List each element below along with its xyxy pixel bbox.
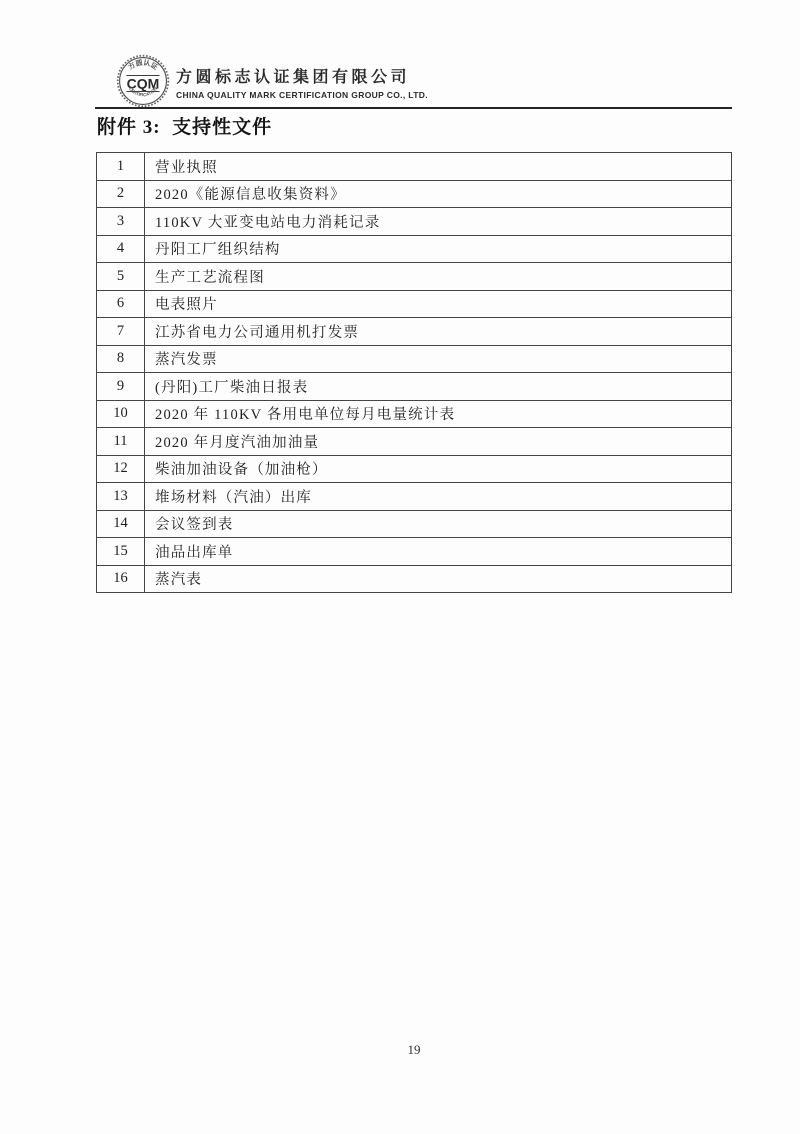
supporting-documents-table: 1营业执照22020《能源信息收集资料》3110KV 大亚变电站电力消耗记录4丹… — [96, 152, 732, 593]
table-row: 102020 年 110KV 各用电单位每月电量统计表 — [97, 400, 732, 428]
row-number: 9 — [97, 373, 145, 401]
attachment-title: 附件 3: 支持性文件 — [97, 112, 272, 139]
row-number: 7 — [97, 318, 145, 346]
document-name: 丹阳工厂组织结构 — [145, 235, 732, 263]
table-row: 5生产工艺流程图 — [97, 263, 732, 291]
table-row: 1营业执照 — [97, 153, 732, 181]
table-row: 13堆场材料（汽油）出库 — [97, 483, 732, 511]
table-row: 7江苏省电力公司通用机打发票 — [97, 318, 732, 346]
table-row: 4丹阳工厂组织结构 — [97, 235, 732, 263]
row-number: 6 — [97, 290, 145, 318]
document-name: 油品出库单 — [145, 538, 732, 566]
page-number: 19 — [96, 1042, 732, 1058]
document-name: 生产工艺流程图 — [145, 263, 732, 291]
document-page: 方圆认证 CQM CERTIFICATION 方圆标志认证集团有限公司 CHIN… — [0, 0, 800, 1134]
logo-arc-top-text: 方圆认证 — [126, 58, 159, 72]
cqm-logo-icon: 方圆认证 CQM CERTIFICATION — [116, 54, 170, 108]
row-number: 16 — [97, 565, 145, 593]
row-number: 15 — [97, 538, 145, 566]
table-row: 8蒸汽发票 — [97, 345, 732, 373]
document-name: 堆场材料（汽油）出库 — [145, 483, 732, 511]
row-number: 12 — [97, 455, 145, 483]
table-row: 22020《能源信息收集资料》 — [97, 180, 732, 208]
document-name: 蒸汽表 — [145, 565, 732, 593]
table-row: 112020 年月度汽油加油量 — [97, 428, 732, 456]
document-name: (丹阳)工厂柴油日报表 — [145, 373, 732, 401]
company-name-en: CHINA QUALITY MARK CERTIFICATION GROUP C… — [176, 90, 428, 100]
document-name: 营业执照 — [145, 153, 732, 181]
row-number: 8 — [97, 345, 145, 373]
row-number: 5 — [97, 263, 145, 291]
header-divider — [95, 107, 732, 109]
table-row: 14会议签到表 — [97, 510, 732, 538]
company-name-block: 方圆标志认证集团有限公司 CHINA QUALITY MARK CERTIFIC… — [176, 54, 428, 100]
document-name: 蒸汽发票 — [145, 345, 732, 373]
header: 方圆认证 CQM CERTIFICATION 方圆标志认证集团有限公司 CHIN… — [116, 54, 428, 108]
table-row: 9(丹阳)工厂柴油日报表 — [97, 373, 732, 401]
row-number: 1 — [97, 153, 145, 181]
document-name: 110KV 大亚变电站电力消耗记录 — [145, 208, 732, 236]
document-name: 电表照片 — [145, 290, 732, 318]
document-name: 柴油加油设备（加油枪） — [145, 455, 732, 483]
svg-text:方圆认证: 方圆认证 — [126, 58, 159, 72]
table-row: 15油品出库单 — [97, 538, 732, 566]
table-row: 16蒸汽表 — [97, 565, 732, 593]
document-name: 会议签到表 — [145, 510, 732, 538]
table-body: 1营业执照22020《能源信息收集资料》3110KV 大亚变电站电力消耗记录4丹… — [97, 153, 732, 593]
table-row: 12柴油加油设备（加油枪） — [97, 455, 732, 483]
table-row: 3110KV 大亚变电站电力消耗记录 — [97, 208, 732, 236]
company-name-cn: 方圆标志认证集团有限公司 — [176, 64, 428, 87]
row-number: 10 — [97, 400, 145, 428]
row-number: 11 — [97, 428, 145, 456]
document-name: 江苏省电力公司通用机打发票 — [145, 318, 732, 346]
row-number: 13 — [97, 483, 145, 511]
table-row: 6电表照片 — [97, 290, 732, 318]
document-name: 2020《能源信息收集资料》 — [145, 180, 732, 208]
row-number: 4 — [97, 235, 145, 263]
row-number: 3 — [97, 208, 145, 236]
row-number: 14 — [97, 510, 145, 538]
document-name: 2020 年月度汽油加油量 — [145, 428, 732, 456]
document-name: 2020 年 110KV 各用电单位每月电量统计表 — [145, 400, 732, 428]
row-number: 2 — [97, 180, 145, 208]
